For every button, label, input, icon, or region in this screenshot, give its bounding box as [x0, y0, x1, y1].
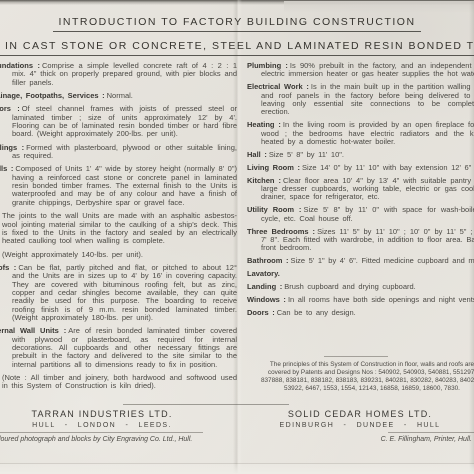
scanned-document-page: INTRODUCTION TO FACTORY BUILDING CONSTRU…	[0, 0, 474, 474]
section-living-room: Living Room :Size 14' 0" by 11' 10" with…	[247, 164, 474, 172]
section-plumbing: Plumbing :Is 90% prebuilt in the factory…	[247, 62, 474, 79]
section-body: Of steel channel frames with joists of p…	[12, 104, 237, 138]
patents-paragraph: The principles of this System of Constru…	[236, 361, 474, 393]
page-title: INTRODUCTION TO FACTORY BUILDING CONSTRU…	[53, 16, 420, 32]
scan-bottom-edge	[0, 464, 474, 474]
patents-line: 837888, 838181, 838182, 838183, 839231, …	[236, 377, 474, 385]
patents-divider-rule	[324, 356, 388, 357]
company-name: TARRAN INDUSTRIES LTD.	[18, 409, 186, 419]
section-body: Size 5' 1" by 4' 6". Fitted medicine cup…	[291, 256, 474, 265]
section-heading: Lavatory.	[247, 269, 280, 278]
section-utility-room: Utility Room :Size 5' 8" by 11' 0" with …	[247, 206, 474, 223]
section-ceilings: Ceilings :Formed with plasterboard, plyw…	[0, 144, 237, 161]
section-windows: Windows :In all rooms have both side ope…	[247, 296, 474, 304]
section-body: Can be flat, partly pitched and flat, or…	[12, 263, 237, 322]
section-walls: Walls :Composed of Units 1' 4" wide by s…	[0, 165, 237, 207]
section-heating: Heating :In the living room is provided …	[247, 121, 474, 146]
company-tarran-industries: TARRAN INDUSTRIES LTD. HULL - LONDON - L…	[18, 409, 186, 429]
section-body: Composed of Units 1' 4" wide by storey h…	[12, 164, 237, 206]
patents-line: The principles of this System of Constru…	[236, 361, 474, 369]
section-lavatory: Lavatory.	[247, 270, 474, 278]
footer-divider-rule	[123, 404, 289, 405]
company-cities: EDINBURGH - DUNDEE - HULL	[250, 422, 470, 429]
section-kitchen: Kitchen :Clear floor area 10' 4" by 13' …	[247, 177, 474, 202]
subtitle-row: IN CAST STONE OR CONCRETE, STEEL AND LAM…	[0, 36, 474, 56]
section-body: Can be to any design.	[277, 308, 356, 317]
section-body: Clear floor area 10' 4" by 13' 4" with s…	[261, 176, 474, 202]
patents-line: 53922, 6467, 1553, 1554, 12143, 16858, 1…	[236, 385, 474, 393]
credit-divider-left	[0, 432, 203, 433]
page-subtitle: IN CAST STONE OR CONCRETE, STEEL AND LAM…	[0, 40, 474, 56]
section-three-bedrooms: Three Bedrooms :Sizes 11' 5" by 11' 10" …	[247, 228, 474, 253]
walls-joints-paragraph: The joints to the wall Units are made wi…	[0, 212, 237, 245]
section-body: Comprise a simple levelled concrete raft…	[12, 61, 237, 87]
section-landing: Landing :Brush cupboard and drying cupbo…	[247, 283, 474, 291]
company-cities: HULL - LONDON - LEEDS.	[18, 422, 186, 429]
patents-line: covered by Patents and Designs Nos : 540…	[236, 369, 474, 377]
company-name: SOLID CEDAR HOMES LTD.	[250, 409, 470, 419]
section-body: Is 90% prebuilt in the factory, and an i…	[261, 61, 474, 78]
section-body: Brush cupboard and drying cupboard.	[284, 282, 416, 291]
section-foundations: Foundations :Comprise a simple levelled …	[0, 62, 237, 87]
section-body: In all rooms have both side openings and…	[288, 295, 474, 304]
section-electrical-work: Electrical Work :Is in the main built up…	[247, 83, 474, 116]
section-drainage-footpaths-services: Drainage, Footpaths, Services :Normal.	[0, 92, 237, 100]
right-column: Plumbing :Is 90% prebuilt in the factory…	[247, 62, 474, 322]
section-bathroom: Bathroom :Size 5' 1" by 4' 6". Fitted me…	[247, 257, 474, 265]
section-body: Size 14' 0" by 11' 10" with bay extensio…	[302, 163, 474, 172]
left-column: Foundations :Comprise a simple levelled …	[0, 62, 237, 396]
section-body: In the living room is provided by an ope…	[261, 120, 474, 146]
section-hall: Hall :Size 5' 8" by 11' 10".	[247, 151, 474, 159]
printer-credit: C. E. Fillingham, Printer, Hull.	[356, 436, 472, 443]
section-heading: Windows :	[247, 295, 286, 304]
section-heading: Drainage, Footpaths, Services :	[0, 91, 105, 100]
engraver-credit: Coloured photograph and blocks by City E…	[0, 436, 192, 443]
section-heading: Living Room :	[247, 163, 300, 172]
section-body: Formed with plasterboard, plywood or oth…	[12, 143, 237, 160]
section-heading: Landing :	[247, 282, 282, 291]
section-body: Normal.	[107, 91, 133, 100]
section-doors: Doors :Can be to any design.	[247, 309, 474, 317]
section-heading: Doors :	[247, 308, 275, 317]
kiln-dried-note: (Note : All timber and joinery, both har…	[0, 374, 237, 391]
credit-divider-right	[388, 432, 474, 433]
section-internal-wall-units: Internal Wall Units :Are of resin bonded…	[0, 327, 237, 369]
section-floors: Floors :Of steel channel frames with joi…	[0, 105, 237, 138]
section-heading: Bathroom :	[247, 256, 289, 265]
company-solid-cedar-homes: SOLID CEDAR HOMES LTD. EDINBURGH - DUNDE…	[250, 409, 470, 429]
walls-weight-note: (Weight approximately 140-lbs. per unit)…	[0, 251, 237, 259]
section-body: Size 5' 8" by 11' 10".	[269, 150, 344, 159]
title-row: INTRODUCTION TO FACTORY BUILDING CONSTRU…	[0, 12, 474, 32]
section-roofs: Roofs :Can be flat, partly pitched and f…	[0, 264, 237, 322]
section-heading: Hall :	[247, 150, 267, 159]
